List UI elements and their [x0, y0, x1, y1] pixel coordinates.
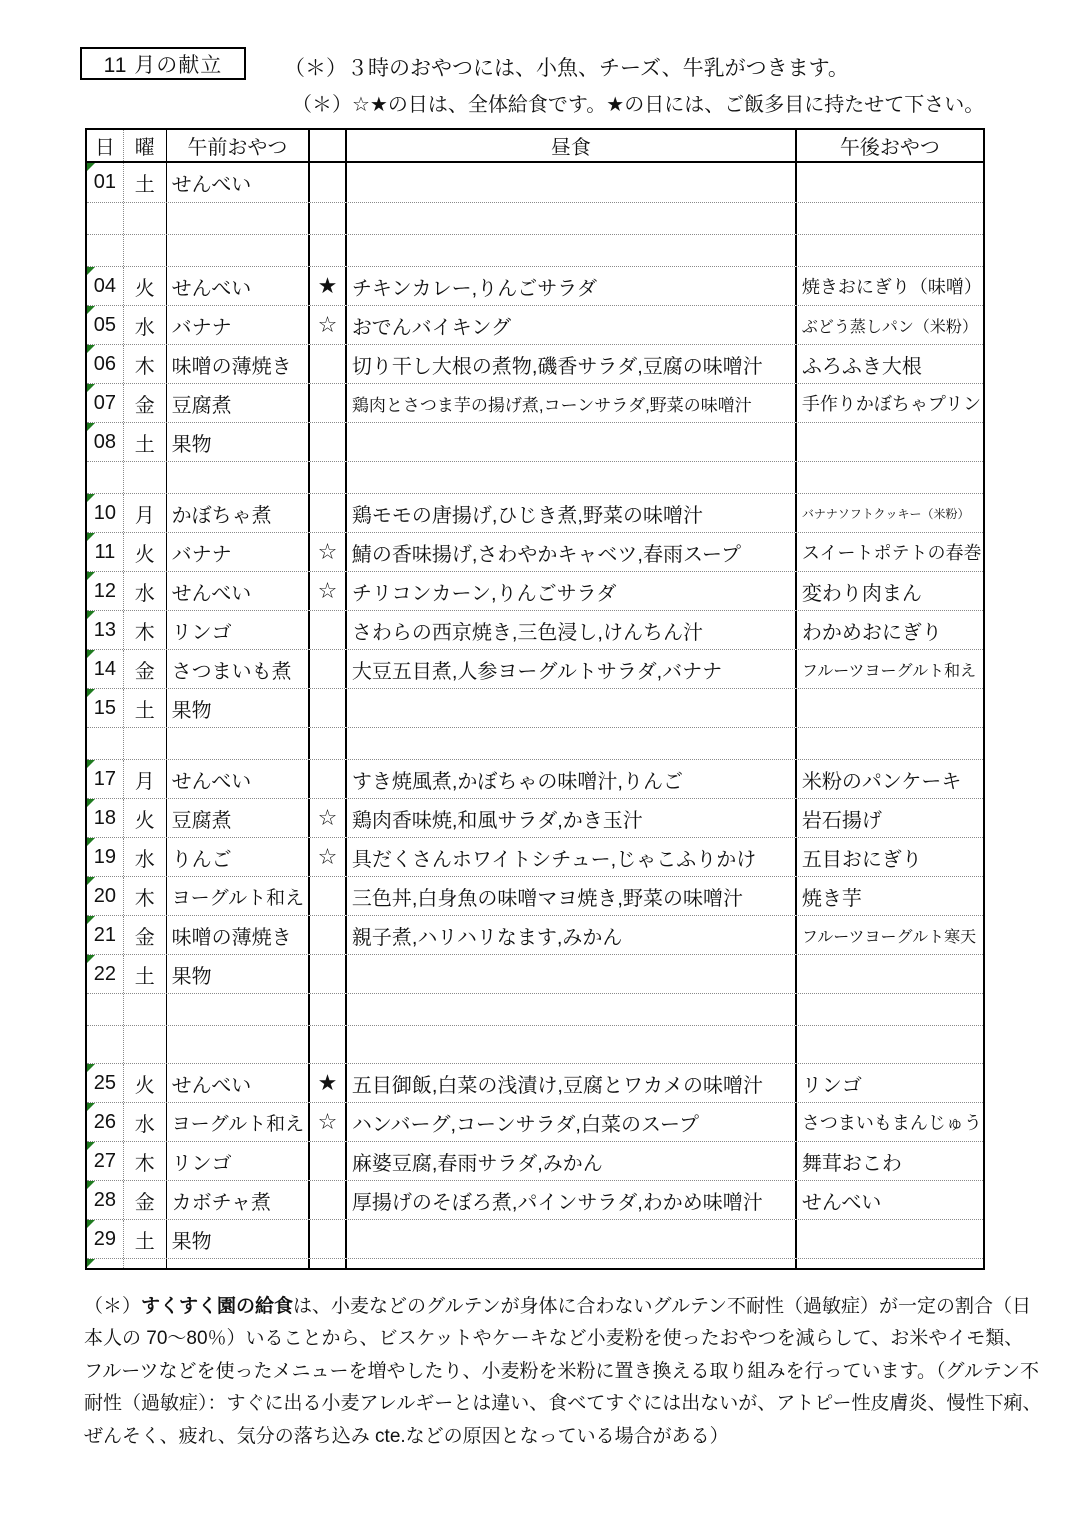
pm-snack-cell-text: 変わり肉まん: [802, 577, 922, 606]
weekday-cell: 火: [124, 533, 167, 571]
am-snack-cell: 果物: [167, 423, 310, 461]
menu-row-18: 18火豆腐煮☆鶏肉香味焼,和風サラダ,かき玉汁岩石揚げ: [87, 798, 983, 837]
comment-marker-icon: [87, 799, 95, 807]
am-snack-cell: [167, 462, 310, 493]
comment-marker-icon: [87, 877, 95, 885]
mark-cell: [310, 689, 347, 727]
day-cell: 21: [87, 916, 124, 954]
weekday-cell: [124, 203, 167, 234]
day-cell-text: 26: [94, 1111, 116, 1134]
weekday-cell: 水: [124, 1103, 167, 1141]
mark-cell: [310, 760, 347, 798]
lunch-cell-text: さわらの西京焼き,三色浸し,けんちん汁: [352, 616, 703, 645]
table-header-row: 日 曜 午前おやつ 昼食 午後おやつ: [87, 130, 983, 163]
pm-snack-cell: フルーツヨーグルト寒天: [797, 916, 983, 954]
mark-cell: [310, 611, 347, 649]
comment-marker-icon: [87, 1064, 95, 1072]
day-cell: 01: [87, 163, 124, 202]
header-pm-snack: 午後おやつ: [797, 130, 983, 161]
day-cell-text: 08: [94, 431, 116, 454]
pm-snack-cell: [797, 728, 983, 759]
weekday-cell-text: 月: [135, 499, 155, 528]
weekday-cell-text: 土: [135, 960, 155, 989]
pm-snack-cell: スイートポテトの春巻: [797, 533, 983, 571]
mark-cell: ☆: [310, 572, 347, 610]
pm-snack-cell: ふろふき大根: [797, 345, 983, 383]
weekday-cell: 土: [124, 955, 167, 993]
mark-cell: [310, 1220, 347, 1258]
mark-cell-text: ☆: [318, 844, 338, 870]
menu-row-06: 06木味噌の薄焼き切り干し大根の煮物,磯香サラダ,豆腐の味噌汁ふろふき大根: [87, 344, 983, 383]
weekday-cell-text: 土: [135, 694, 155, 723]
lunch-cell-text: 鶏肉香味焼,和風サラダ,かき玉汁: [352, 804, 643, 833]
mark-cell: [310, 994, 347, 1025]
menu-row-17: 17月せんべいすき焼風煮,かぼちゃの味噌汁,りんご米粉のパンケーキ: [87, 759, 983, 798]
weekday-cell-text: 水: [135, 843, 155, 872]
month-title: 11 月の献立: [104, 49, 223, 79]
weekday-cell: 金: [124, 1181, 167, 1219]
weekday-cell: [124, 1026, 167, 1063]
comment-marker-icon: [87, 1220, 95, 1228]
am-snack-cell-text: カボチャ煮: [172, 1186, 271, 1215]
am-snack-cell-text: 果物: [172, 960, 212, 989]
pm-snack-cell: [797, 423, 983, 461]
lunch-cell: [347, 1026, 797, 1063]
day-cell: [87, 1259, 124, 1268]
day-cell: 20: [87, 877, 124, 915]
day-cell-text: 13: [94, 619, 116, 642]
menu-row-26: 26水ヨーグルト和え☆ハンバーグ,コーンサラダ,白菜のスープさつまいもまんじゅう: [87, 1102, 983, 1141]
comment-marker-icon: [87, 306, 95, 314]
am-snack-cell-text: せんべい: [172, 765, 252, 794]
mark-cell: [310, 235, 347, 266]
day-cell: 19: [87, 838, 124, 876]
comment-marker-icon: [87, 423, 95, 431]
lunch-cell-text: 五目御飯,白菜の浅漬け,豆腐とワカメの味噌汁: [352, 1069, 763, 1098]
footnote-line: ぜんそく、疲れ、気分の落ち込み cte.などの原因となっている場合がある）: [84, 1418, 1004, 1451]
pm-snack-cell: バナナソフトクッキー（米粉）: [797, 494, 983, 532]
am-snack-cell: カボチャ煮: [167, 1181, 310, 1219]
day-cell-text: 21: [94, 924, 116, 947]
footnote-line: 本人の 70～80％）いることから、ビスケットやケーキなど小麦粉を使ったおやつを…: [84, 1321, 1004, 1354]
pm-snack-cell-text: さつまいもまんじゅう: [802, 1109, 982, 1135]
weekday-cell: 木: [124, 1142, 167, 1180]
lunch-cell: [347, 955, 797, 993]
comment-marker-icon: [87, 1259, 95, 1267]
menu-row-15: 15土果物: [87, 688, 983, 727]
day-cell: [87, 728, 124, 759]
mark-cell: ☆: [310, 533, 347, 571]
day-cell-text: 25: [94, 1072, 116, 1095]
mark-cell-text: ☆: [318, 578, 338, 604]
am-snack-cell: さつまいも煮: [167, 650, 310, 688]
comment-marker-icon: [87, 689, 95, 697]
comment-marker-icon: [87, 345, 95, 353]
menu-row-14: 14金さつまいも煮大豆五目煮,人参ヨーグルトサラダ,バナナフルーツヨーグルト和え: [87, 649, 983, 688]
am-snack-cell: せんべい: [167, 163, 310, 202]
weekday-cell-text: 木: [135, 350, 155, 379]
pm-snack-cell: せんべい: [797, 1181, 983, 1219]
mark-cell: ★: [310, 267, 347, 305]
pm-snack-cell-text: 米粉のパンケーキ: [802, 765, 962, 794]
am-snack-cell: 豆腐煮: [167, 384, 310, 422]
am-snack-cell: リンゴ: [167, 1142, 310, 1180]
comment-marker-icon: [87, 572, 95, 580]
day-cell: 13: [87, 611, 124, 649]
lunch-cell-text: 鶏肉とさつま芋の揚げ煮,コーンサラダ,野菜の味噌汁: [352, 391, 752, 416]
weekday-cell-text: 水: [135, 577, 155, 606]
lunch-cell: [347, 163, 797, 202]
weekday-cell-text: 火: [135, 804, 155, 833]
am-snack-cell-text: リンゴ: [172, 616, 232, 645]
pm-snack-cell: [797, 994, 983, 1025]
am-snack-cell-text: せんべい: [172, 168, 252, 197]
mark-cell: [310, 1181, 347, 1219]
mark-cell: [310, 650, 347, 688]
menu-row-01: 01土せんべい: [87, 163, 983, 202]
pm-snack-cell: [797, 1026, 983, 1063]
pm-snack-cell: 焼きおにぎり（味噌）: [797, 267, 983, 305]
day-cell: 07: [87, 384, 124, 422]
mark-cell: [310, 916, 347, 954]
am-snack-cell: せんべい: [167, 1064, 310, 1102]
pm-snack-cell: わかめおにぎり: [797, 611, 983, 649]
lunch-cell-text: 切り干し大根の煮物,磯香サラダ,豆腐の味噌汁: [352, 350, 763, 379]
weekday-cell-text: 火: [135, 1069, 155, 1098]
mark-cell: ☆: [310, 1103, 347, 1141]
weekday-cell-text: 火: [135, 538, 155, 567]
mark-cell: [310, 1026, 347, 1063]
weekday-cell: 月: [124, 760, 167, 798]
day-cell: 14: [87, 650, 124, 688]
comment-marker-icon: [87, 1103, 95, 1111]
comment-marker-icon: [87, 1181, 95, 1189]
am-snack-cell-text: せんべい: [172, 577, 252, 606]
menu-page: 11 月の献立 （＊）３時のおやつには、小魚、チーズ、牛乳がつきます。 （＊）☆…: [0, 0, 1080, 1526]
day-cell-text: 14: [94, 658, 116, 681]
menu-row-22: 22土果物: [87, 954, 983, 993]
header-day: 日: [87, 130, 124, 161]
lunch-cell-text: 厚揚げのそぼろ煮,パインサラダ,わかめ味噌汁: [352, 1186, 763, 1215]
day-cell-text: 27: [94, 1150, 116, 1173]
am-snack-cell: 味噌の薄焼き: [167, 345, 310, 383]
lunch-cell: 大豆五目煮,人参ヨーグルトサラダ,バナナ: [347, 650, 797, 688]
menu-row-07: 07金豆腐煮鶏肉とさつま芋の揚げ煮,コーンサラダ,野菜の味噌汁手作りかぼちゃプリ…: [87, 383, 983, 422]
weekday-cell: [124, 1259, 167, 1268]
lunch-cell: [347, 1259, 797, 1268]
mark-cell: [310, 462, 347, 493]
pm-snack-cell-text: フルーツヨーグルト寒天: [802, 924, 976, 947]
day-cell: 26: [87, 1103, 124, 1141]
comment-marker-icon: [87, 494, 95, 502]
lunch-cell-text: 三色丼,白身魚の味噌マヨ焼き,野菜の味噌汁: [352, 882, 743, 911]
mark-cell: [310, 1142, 347, 1180]
am-snack-cell: せんべい: [167, 267, 310, 305]
menu-row-20: 20木ヨーグルト和え三色丼,白身魚の味噌マヨ焼き,野菜の味噌汁焼き芋: [87, 876, 983, 915]
weekday-cell: 金: [124, 916, 167, 954]
lunch-cell: [347, 994, 797, 1025]
day-cell-text: 19: [94, 846, 116, 869]
weekday-cell: 火: [124, 267, 167, 305]
mark-cell: ☆: [310, 838, 347, 876]
mark-cell: [310, 423, 347, 461]
am-snack-cell: ヨーグルト和え: [167, 1103, 310, 1141]
pm-snack-cell: 変わり肉まん: [797, 572, 983, 610]
lunch-cell: [347, 203, 797, 234]
mark-cell-text: ★: [318, 273, 338, 299]
mark-cell: [310, 877, 347, 915]
day-cell-text: 28: [94, 1189, 116, 1212]
pm-snack-cell-text: わかめおにぎり: [802, 616, 942, 645]
day-cell-text: 18: [94, 807, 116, 830]
am-snack-cell: 果物: [167, 955, 310, 993]
pm-snack-cell: [797, 1259, 983, 1268]
menu-row-13: 13木リンゴさわらの西京焼き,三色浸し,けんちん汁わかめおにぎり: [87, 610, 983, 649]
am-snack-cell-text: 果物: [172, 1225, 212, 1254]
menu-row-05: 05水バナナ☆おでんバイキングぶどう蒸しパン（米粉）: [87, 305, 983, 344]
comment-marker-icon: [87, 760, 95, 768]
header-mark: [310, 130, 347, 161]
pm-snack-cell: ぶどう蒸しパン（米粉）: [797, 306, 983, 344]
mark-cell: [310, 728, 347, 759]
pm-snack-cell-text: 手作りかぼちゃプリン: [802, 390, 981, 416]
am-snack-cell-text: せんべい: [172, 1069, 252, 1098]
am-snack-cell: 果物: [167, 689, 310, 727]
lunch-cell-text: 鶏モモの唐揚げ,ひじき煮,野菜の味噌汁: [352, 499, 703, 528]
mark-cell: [310, 1259, 347, 1268]
mark-cell: ★: [310, 1064, 347, 1102]
pm-snack-cell: 焼き芋: [797, 877, 983, 915]
mark-cell: [310, 203, 347, 234]
weekday-cell-text: 木: [135, 1147, 155, 1176]
weekday-cell-text: 金: [135, 1186, 155, 1215]
menu-row-19: 19水りんご☆具だくさんホワイトシチュー,じゃこふりかけ五目おにぎり: [87, 837, 983, 876]
comment-marker-icon: [87, 384, 95, 392]
day-cell: 28: [87, 1181, 124, 1219]
day-cell: 11: [87, 533, 124, 571]
day-cell-text: 29: [94, 1228, 116, 1251]
pm-snack-cell: [797, 235, 983, 266]
am-snack-cell-text: 味噌の薄焼き: [172, 921, 292, 950]
weekday-cell-text: 金: [135, 389, 155, 418]
day-cell: 12: [87, 572, 124, 610]
lunch-cell: チリコンカーン,りんごサラダ: [347, 572, 797, 610]
pm-snack-cell: 岩石揚げ: [797, 799, 983, 837]
lunch-cell: 鯖の香味揚げ,さわやかキャベツ,春雨スープ: [347, 533, 797, 571]
pm-snack-cell: 舞茸おこわ: [797, 1142, 983, 1180]
menu-row-28: 28金カボチャ煮厚揚げのそぼろ煮,パインサラダ,わかめ味噌汁せんべい: [87, 1180, 983, 1219]
lunch-cell: 鶏肉香味焼,和風サラダ,かき玉汁: [347, 799, 797, 837]
lunch-cell: ハンバーグ,コーンサラダ,白菜のスープ: [347, 1103, 797, 1141]
weekday-cell: [124, 728, 167, 759]
weekday-cell: 水: [124, 572, 167, 610]
am-snack-cell: リンゴ: [167, 611, 310, 649]
day-cell-text: 20: [94, 885, 116, 908]
comment-marker-icon: [87, 1142, 95, 1150]
weekday-cell: 金: [124, 650, 167, 688]
empty-row: [87, 461, 983, 493]
menu-row-10: 10月かぼちゃ煮鶏モモの唐揚げ,ひじき煮,野菜の味噌汁バナナソフトクッキー（米粉…: [87, 493, 983, 532]
weekday-cell: [124, 994, 167, 1025]
pm-snack-cell: 手作りかぼちゃプリン: [797, 384, 983, 422]
lunch-cell: [347, 1220, 797, 1258]
weekday-cell-text: 木: [135, 882, 155, 911]
pm-snack-cell-text: フルーツヨーグルト和え: [802, 658, 976, 681]
menu-table: 日 曜 午前おやつ 昼食 午後おやつ 01土せんべい04火せんべい★チキンカレー…: [85, 128, 985, 1270]
weekday-cell: 木: [124, 877, 167, 915]
mark-cell: [310, 163, 347, 202]
am-snack-cell-text: ヨーグルト和え: [172, 1109, 304, 1136]
menu-row-12: 12水せんべい☆チリコンカーン,りんごサラダ変わり肉まん: [87, 571, 983, 610]
day-cell-text: 06: [94, 353, 116, 376]
empty-row: [87, 993, 983, 1025]
day-cell: 08: [87, 423, 124, 461]
am-snack-cell-text: せんべい: [172, 272, 252, 301]
weekday-cell: 金: [124, 384, 167, 422]
empty-row: [87, 234, 983, 266]
footnote-line: 耐性（過敏症）：すぐに出る小麦アレルギーとは違い、食べてすぐには出ないが、アトピ…: [84, 1386, 1004, 1419]
lunch-cell: 鶏モモの唐揚げ,ひじき煮,野菜の味噌汁: [347, 494, 797, 532]
menu-row-08: 08土果物: [87, 422, 983, 461]
am-snack-cell: 果物: [167, 1220, 310, 1258]
lunch-cell: 厚揚げのそぼろ煮,パインサラダ,わかめ味噌汁: [347, 1181, 797, 1219]
mark-cell: ☆: [310, 799, 347, 837]
lunch-cell: すき焼風煮,かぼちゃの味噌汁,りんご: [347, 760, 797, 798]
comment-marker-icon: [87, 916, 95, 924]
weekday-cell-text: 月: [135, 765, 155, 794]
lunch-cell: [347, 728, 797, 759]
weekday-cell-text: 水: [135, 1108, 155, 1137]
mark-cell-text: ☆: [318, 312, 338, 338]
am-snack-cell-text: バナナ: [172, 311, 232, 340]
am-snack-cell: [167, 203, 310, 234]
am-snack-cell: [167, 235, 310, 266]
am-snack-cell: 味噌の薄焼き: [167, 916, 310, 954]
menu-row-29: 29土果物: [87, 1219, 983, 1258]
am-snack-cell: [167, 728, 310, 759]
weekday-cell: 水: [124, 838, 167, 876]
weekday-cell: 火: [124, 799, 167, 837]
am-snack-cell-text: りんご: [172, 843, 232, 872]
mark-cell: ☆: [310, 306, 347, 344]
pm-snack-cell: [797, 203, 983, 234]
pm-snack-cell: [797, 462, 983, 493]
am-snack-cell-text: 果物: [172, 694, 212, 723]
day-cell-text: 05: [94, 314, 116, 337]
am-snack-cell-text: 豆腐煮: [172, 804, 232, 833]
lunch-cell-text: チリコンカーン,りんごサラダ: [352, 577, 617, 606]
day-cell: 25: [87, 1064, 124, 1102]
day-cell-text: 15: [94, 697, 116, 720]
month-title-box: 11 月の献立: [80, 47, 246, 80]
pm-snack-cell: リンゴ: [797, 1064, 983, 1102]
menu-row-11: 11火バナナ☆鯖の香味揚げ,さわやかキャベツ,春雨スープスイートポテトの春巻: [87, 532, 983, 571]
am-snack-cell: りんご: [167, 838, 310, 876]
day-cell: [87, 462, 124, 493]
am-snack-cell-text: さつまいも煮: [172, 655, 292, 684]
lunch-cell: 五目御飯,白菜の浅漬け,豆腐とワカメの味噌汁: [347, 1064, 797, 1102]
day-cell: 27: [87, 1142, 124, 1180]
weekday-cell: 土: [124, 163, 167, 202]
weekday-cell-text: 火: [135, 272, 155, 301]
day-cell-text: 04: [94, 275, 116, 298]
comment-marker-icon: [87, 955, 95, 963]
lunch-cell-text: 麻婆豆腐,春雨サラダ,みかん: [352, 1147, 603, 1176]
am-snack-cell-text: ヨーグルト和え: [172, 883, 304, 910]
lunch-cell: [347, 689, 797, 727]
mark-cell: [310, 955, 347, 993]
am-snack-cell: [167, 1259, 310, 1268]
lunch-cell: 三色丼,白身魚の味噌マヨ焼き,野菜の味噌汁: [347, 877, 797, 915]
lunch-cell: おでんバイキング: [347, 306, 797, 344]
day-cell: 15: [87, 689, 124, 727]
am-snack-cell: バナナ: [167, 533, 310, 571]
am-snack-cell: [167, 994, 310, 1025]
pm-snack-cell-text: せんべい: [802, 1186, 882, 1215]
weekday-cell-text: 金: [135, 655, 155, 684]
comment-marker-icon: [87, 267, 95, 275]
am-snack-cell: ヨーグルト和え: [167, 877, 310, 915]
am-snack-cell-text: かぼちゃ煮: [172, 499, 272, 528]
menu-row-21: 21金味噌の薄焼き親子煮,ハリハリなます,みかんフルーツヨーグルト寒天: [87, 915, 983, 954]
footnote-line: （＊）すくすく園の給食は、小麦などのグルテンが身体に合わないグルテン不耐性（過敏…: [84, 1288, 1004, 1321]
lunch-cell-text: すき焼風煮,かぼちゃの味噌汁,りんご: [352, 765, 683, 794]
day-cell: 22: [87, 955, 124, 993]
lunch-cell: 麻婆豆腐,春雨サラダ,みかん: [347, 1142, 797, 1180]
comment-marker-icon: [87, 650, 95, 658]
weekday-cell: 月: [124, 494, 167, 532]
empty-row: [87, 202, 983, 234]
lunch-cell: [347, 462, 797, 493]
weekday-cell: 木: [124, 611, 167, 649]
weekday-cell: 土: [124, 1220, 167, 1258]
weekday-cell: 火: [124, 1064, 167, 1102]
weekday-cell: [124, 462, 167, 493]
lunch-cell: 切り干し大根の煮物,磯香サラダ,豆腐の味噌汁: [347, 345, 797, 383]
pm-snack-cell: さつまいもまんじゅう: [797, 1103, 983, 1141]
pm-snack-cell-text: ふろふき大根: [802, 350, 922, 379]
pm-snack-cell-text: 焼き芋: [802, 882, 862, 911]
empty-row: [87, 727, 983, 759]
header-am-snack: 午前おやつ: [167, 130, 310, 161]
am-snack-cell: かぼちゃ煮: [167, 494, 310, 532]
lunch-cell: 親子煮,ハリハリなます,みかん: [347, 916, 797, 954]
day-cell-text: 22: [94, 963, 116, 986]
empty-row: [87, 1258, 983, 1268]
comment-marker-icon: [87, 163, 95, 171]
comment-marker-icon: [87, 838, 95, 846]
am-snack-cell: 豆腐煮: [167, 799, 310, 837]
pm-snack-cell: 米粉のパンケーキ: [797, 760, 983, 798]
pm-snack-cell-text: 焼きおにぎり（味噌）: [802, 273, 982, 299]
weekday-cell-text: 土: [135, 428, 155, 457]
weekday-cell-text: 土: [135, 1225, 155, 1254]
weekday-cell: 土: [124, 423, 167, 461]
am-snack-cell-text: リンゴ: [172, 1147, 232, 1176]
weekday-cell: 土: [124, 689, 167, 727]
lunch-cell-text: チキンカレー,りんごサラダ: [352, 272, 597, 301]
day-cell-text: 01: [94, 171, 116, 194]
comment-marker-icon: [87, 533, 95, 541]
am-snack-cell-text: 果物: [172, 428, 212, 457]
lunch-cell-text: おでんバイキング: [352, 311, 511, 340]
lunch-cell-text: 鯖の香味揚げ,さわやかキャベツ,春雨スープ: [352, 538, 741, 567]
comment-marker-icon: [87, 611, 95, 619]
pm-snack-cell-text: 五目おにぎり: [802, 843, 922, 872]
pm-snack-cell-text: スイートポテトの春巻: [802, 539, 982, 565]
weekday-cell-text: 水: [135, 311, 155, 340]
pm-snack-cell: [797, 163, 983, 202]
